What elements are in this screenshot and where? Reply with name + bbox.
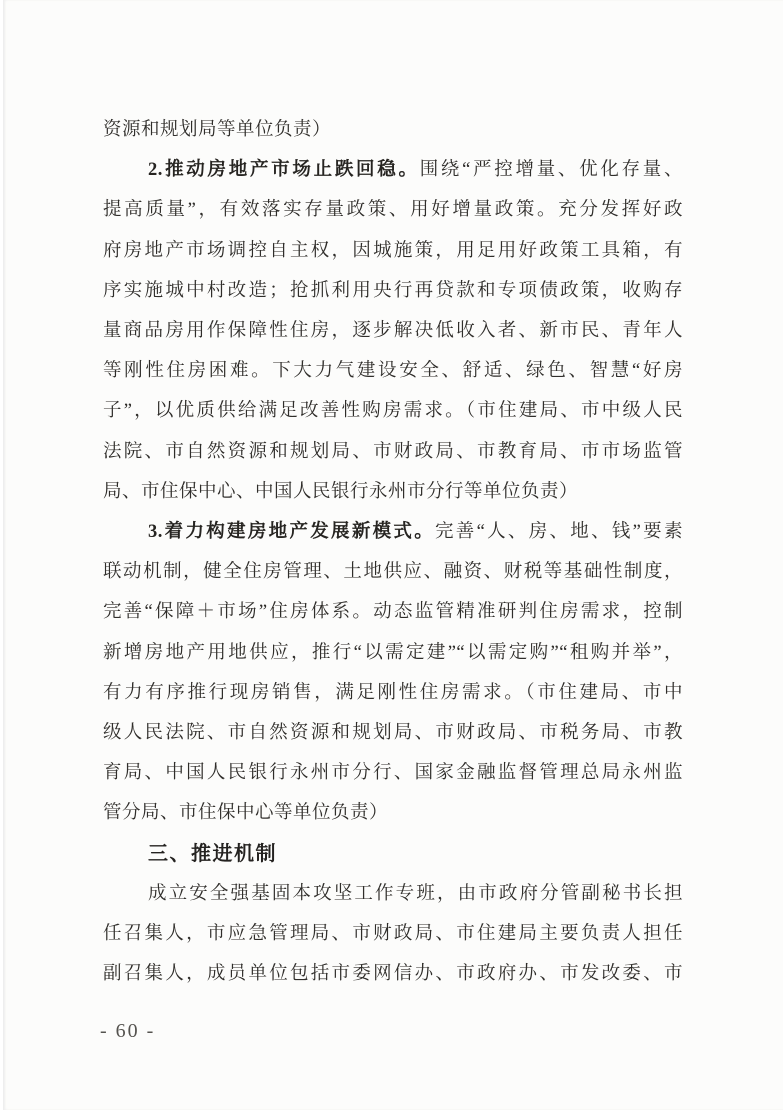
text-line: 资源和规划局等单位负责）: [103, 110, 683, 150]
text-line: 联动机制，健全住房管理、土地供应、融资、财税等基础性制度，: [103, 552, 683, 592]
line-text: 新增房地产用地供应，推行“以需定建”“以需定购”“租购并举”，: [103, 643, 683, 663]
paragraph-2-start: 2.推动房地产市场止跌回稳。围绕“严控增量、优化存量、: [103, 150, 683, 190]
line-text: 围绕“严控增量、优化存量、: [420, 160, 683, 180]
text-block: 资源和规划局等单位负责） 2.推动房地产市场止跌回稳。围绕“严控增量、优化存量、…: [103, 110, 683, 994]
line-text: 管分局、市住保中心等单位负责）: [103, 803, 388, 823]
paragraph-2-lead: 2.推动房地产市场止跌回稳。: [148, 160, 420, 180]
line-text: 育局、中国人民银行永州市分行、国家金融监督管理总局永州监: [103, 763, 683, 783]
line-text: 有力有序推行现房销售，满足刚性住房需求。（市住建局、市中: [103, 683, 683, 703]
text-line: 子”，以优质供给满足改善性购房需求。（市住建局、市中级人民: [103, 391, 683, 431]
text-line: 提高质量”，有效落实存量政策、用好增量政策。充分发挥好政: [103, 190, 683, 230]
text-line: 局、市住保中心、中国人民银行永州市分行等单位负责）: [103, 472, 683, 512]
text-line: 任召集人，市应急管理局、市财政局、市住建局主要负责人担任: [103, 914, 683, 954]
section-heading: 三、推进机制: [103, 834, 683, 874]
text-line: 序实施城中村改造；抢抓利用央行再贷款和专项债政策，收购存: [103, 271, 683, 311]
text-line: 育局、中国人民银行永州市分行、国家金融监督管理总局永州监: [103, 753, 683, 793]
line-text: 副召集人，成员单位包括市委网信办、市政府办、市发改委、市: [103, 964, 683, 984]
line-text: 量商品房用作保障性住房，逐步解决低收入者、新市民、青年人: [103, 321, 683, 341]
line-text: 提高质量”，有效落实存量政策、用好增量政策。充分发挥好政: [103, 200, 683, 220]
text-line: 完善“保障＋市场”住房体系。动态监管精准研判住房需求，控制: [103, 592, 683, 632]
text-line: 等刚性住房困难。下大力气建设安全、舒适、绿色、智慧“好房: [103, 351, 683, 391]
line-text: 成立安全强基固本攻坚工作专班，由市政府分管副秘书长担: [148, 884, 683, 904]
line-text: 资源和规划局等单位负责）: [103, 120, 331, 140]
line-text: 联动机制，健全住房管理、土地供应、融资、财税等基础性制度，: [103, 562, 683, 582]
line-text: 子”，以优质供给满足改善性购房需求。（市住建局、市中级人民: [103, 401, 683, 421]
paragraph-3-start: 3.着力构建房地产发展新模式。完善“人、房、地、钱”要素: [103, 512, 683, 552]
text-line: 府房地产市场调控自主权，因城施策，用足用好政策工具箱，有: [103, 231, 683, 271]
paragraph-4-start: 成立安全强基固本攻坚工作专班，由市政府分管副秘书长担: [103, 874, 683, 914]
text-line: 量商品房用作保障性住房，逐步解决低收入者、新市民、青年人: [103, 311, 683, 351]
line-text: 法院、市自然资源和规划局、市财政局、市教育局、市市场监管: [103, 442, 683, 462]
text-line: 新增房地产用地供应，推行“以需定建”“以需定购”“租购并举”，: [103, 633, 683, 673]
line-text: 任召集人，市应急管理局、市财政局、市住建局主要负责人担任: [103, 924, 683, 944]
line-text: 局、市住保中心、中国人民银行永州市分行等单位负责）: [103, 482, 578, 502]
section-heading-text: 三、推进机制: [148, 843, 277, 865]
line-text: 府房地产市场调控自主权，因城施策，用足用好政策工具箱，有: [103, 241, 683, 261]
text-line: 管分局、市住保中心等单位负责）: [103, 793, 683, 833]
document-page: 资源和规划局等单位负责） 2.推动房地产市场止跌回稳。围绕“严控增量、优化存量、…: [0, 0, 783, 1110]
page-number: - 60 -: [100, 1016, 155, 1046]
text-line: 级人民法院、市自然资源和规划局、市财政局、市税务局、市教: [103, 713, 683, 753]
line-text: 等刚性住房困难。下大力气建设安全、舒适、绿色、智慧“好房: [103, 361, 683, 381]
line-text: 序实施城中村改造；抢抓利用央行再贷款和专项债政策，收购存: [103, 281, 683, 301]
paragraph-3-lead: 3.着力构建房地产发展新模式。: [148, 522, 435, 542]
text-line: 副召集人，成员单位包括市委网信办、市政府办、市发改委、市: [103, 954, 683, 994]
line-text: 级人民法院、市自然资源和规划局、市财政局、市税务局、市教: [103, 723, 683, 743]
text-line: 法院、市自然资源和规划局、市财政局、市教育局、市市场监管: [103, 432, 683, 472]
line-text: 完善“人、房、地、钱”要素: [435, 522, 683, 542]
text-line: 有力有序推行现房销售，满足刚性住房需求。（市住建局、市中: [103, 673, 683, 713]
line-text: 完善“保障＋市场”住房体系。动态监管精准研判住房需求，控制: [103, 602, 683, 622]
